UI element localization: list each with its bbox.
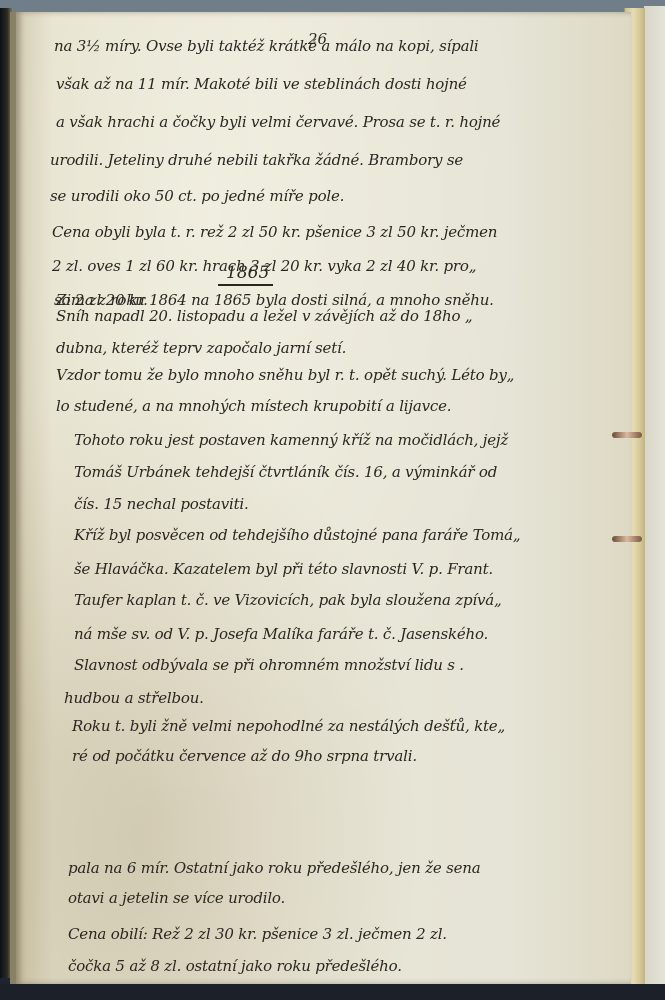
binding-thread-upper [612,432,642,438]
text-line: ré od počátku července až do 9ho srpna t… [72,746,417,766]
text-line: Vzdor tomu že bylo mnoho sněhu byl r. t.… [56,365,514,385]
facing-page-edge [644,6,665,996]
scanner-bottom-edge [0,984,665,1000]
binding-thread-lower [612,536,642,542]
scanned-manuscript: 26 na 3½ míry. Ovse byli taktéž krátké a… [0,0,665,1000]
text-line: Tomáš Urbánek tehdejší čtvrtláník čís. 1… [74,462,497,482]
text-line: dubna, kteréž teprv započalo jarní setí. [56,338,346,358]
text-line: a však hrachi a čočky byli velmi červavé… [56,112,500,132]
text-line: Kříž byl posvěcen od tehdejšího důstojné… [74,525,520,545]
text-line: Cena obyli byla t. r. rež 2 zl 50 kr. pš… [52,222,497,242]
text-line: pala na 6 mír. Ostatní jako roku předešl… [68,858,480,878]
text-line: ná mše sv. od V. p. Josefa Malíka faráře… [74,624,488,644]
text-line: Sníh napadl 20. listopadu a ležel v závě… [56,306,472,326]
text-line: Tohoto roku jest postaven kamenný kříž n… [74,430,508,450]
text-line: Cena obilí: Rež 2 zl 30 kr. pšenice 3 zl… [68,924,447,944]
year-heading: 1865 [218,263,273,286]
text-line: urodili. Jeteliny druhé nebili takřka žá… [50,150,463,170]
text-line: Roku t. byli žně velmi nepohodlné za nes… [72,716,505,736]
text-line: se urodili oko 50 ct. po jedné míře pole… [50,186,344,206]
text-line: otavi a jetelin se více urodilo. [68,888,285,908]
text-line: še Hlaváčka. Kazatelem byl při této slav… [74,559,493,579]
text-line: však až na 11 mír. Makoté bili ve stebli… [56,74,467,94]
text-line: na 3½ míry. Ovse byli taktéž krátké a má… [54,36,479,56]
text-line: Taufer kaplan t. č. ve Vizovicích, pak b… [74,590,502,610]
text-line: hudbou a střelbou. [64,688,204,708]
text-line: lo studené, a na mnohých místech krupobi… [56,396,451,416]
text-line: Slavnost odbývala se při ohromném množst… [74,655,464,675]
text-line: čočka 5 až 8 zl. ostatní jako roku přede… [68,956,402,976]
text-line: čís. 15 nechal postaviti. [74,494,249,514]
